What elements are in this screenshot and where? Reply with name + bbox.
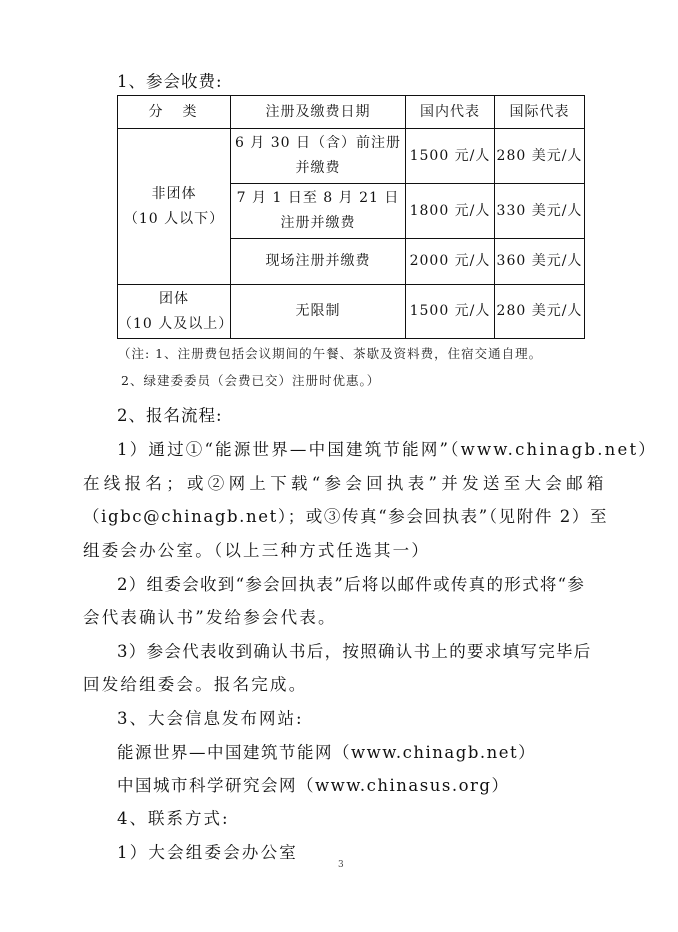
date-text: 7 月 1 日至 8 月 21 日 — [231, 186, 405, 211]
domestic-fee: 1500 元/人 — [406, 285, 495, 339]
website-chinasus[interactable]: 中国城市科学研究会网（www.chinasus.org） — [117, 772, 509, 796]
category-label: 团体 — [118, 287, 230, 312]
step1-line3: （igbc@chinagb.net）；或③传真“参会回执表”（见附件 2）至 — [83, 503, 608, 527]
header-international: 国际代表 — [495, 96, 585, 129]
category-cell-nongroup: 非团体 （10 人以下） — [118, 129, 231, 285]
table-row: 团体 （10 人及以上） 无限制 1500 元/人 280 美元/人 — [118, 285, 585, 339]
date-cell: 现场注册并缴费 — [231, 239, 406, 285]
header-date: 注册及缴费日期 — [231, 96, 406, 129]
step2-line2: 会代表确认书”发给参会代表。 — [83, 604, 337, 628]
date-cell: 6 月 30 日（含）前注册 并缴费 — [231, 129, 406, 184]
fee-note-line1: （注: 1、注册费包括会议期间的午餐、茶歇及资料费，住宿交通自理。 — [118, 344, 542, 362]
date-text: 注册并缴费 — [231, 211, 405, 236]
section-heading-registration: 2、报名流程: — [117, 402, 223, 426]
international-fee: 360 美元/人 — [495, 239, 585, 285]
fee-note-line2: 2、绿建委委员（会费已交）注册时优惠。） — [121, 371, 380, 389]
domestic-fee: 1800 元/人 — [406, 184, 495, 239]
contact-item-1: 1）大会组委会办公室 — [117, 839, 298, 863]
international-fee: 280 美元/人 — [495, 285, 585, 339]
date-text: 6 月 30 日（含）前注册 — [231, 131, 405, 156]
international-fee: 280 美元/人 — [495, 129, 585, 184]
step3-line1: 3）参会代表收到确认书后，按照确认书上的要求填写完毕后 — [117, 638, 592, 662]
table-header-row: 分 类 注册及缴费日期 国内代表 国际代表 — [118, 96, 585, 129]
date-cell: 无限制 — [231, 285, 406, 339]
header-category: 分 类 — [118, 96, 231, 129]
table-row: 非团体 （10 人以下） 6 月 30 日（含）前注册 并缴费 1500 元/人… — [118, 129, 585, 184]
step2-line1: 2）组委会收到“参会回执表”后将以邮件或传真的形式将“参 — [117, 571, 585, 595]
section-heading-fees: 1、参会收费: — [117, 68, 223, 92]
step1-line2: 在线报名；或②网上下载“参会回执表”并发送至大会邮箱 — [83, 470, 608, 494]
page-number: 3 — [338, 860, 344, 870]
domestic-fee: 2000 元/人 — [406, 239, 495, 285]
date-cell: 7 月 1 日至 8 月 21 日 注册并缴费 — [231, 184, 406, 239]
fee-table: 分 类 注册及缴费日期 国内代表 国际代表 非团体 （10 人以下） 6 月 3… — [117, 95, 585, 339]
section-heading-contact: 4、联系方式: — [117, 805, 230, 829]
date-text: 并缴费 — [231, 156, 405, 181]
section-heading-websites: 3、大会信息发布网站: — [117, 705, 304, 729]
category-sublabel: （10 人以下） — [118, 207, 230, 232]
domestic-fee: 1500 元/人 — [406, 129, 495, 184]
international-fee: 330 美元/人 — [495, 184, 585, 239]
step1-line1: 1）通过①“能源世界—中国建筑节能网”（www.chinagb.net） — [117, 436, 657, 460]
category-cell-group: 团体 （10 人及以上） — [118, 285, 231, 339]
step1-line4: 组委会办公室。（以上三种方式任选其一） — [83, 537, 430, 561]
category-sublabel: （10 人及以上） — [118, 312, 230, 337]
website-chinagb[interactable]: 能源世界—中国建筑节能网（www.chinagb.net） — [117, 739, 536, 763]
step3-line2: 回发给组委会。报名完成。 — [83, 671, 307, 695]
category-label: 非团体 — [118, 182, 230, 207]
header-domestic: 国内代表 — [406, 96, 495, 129]
